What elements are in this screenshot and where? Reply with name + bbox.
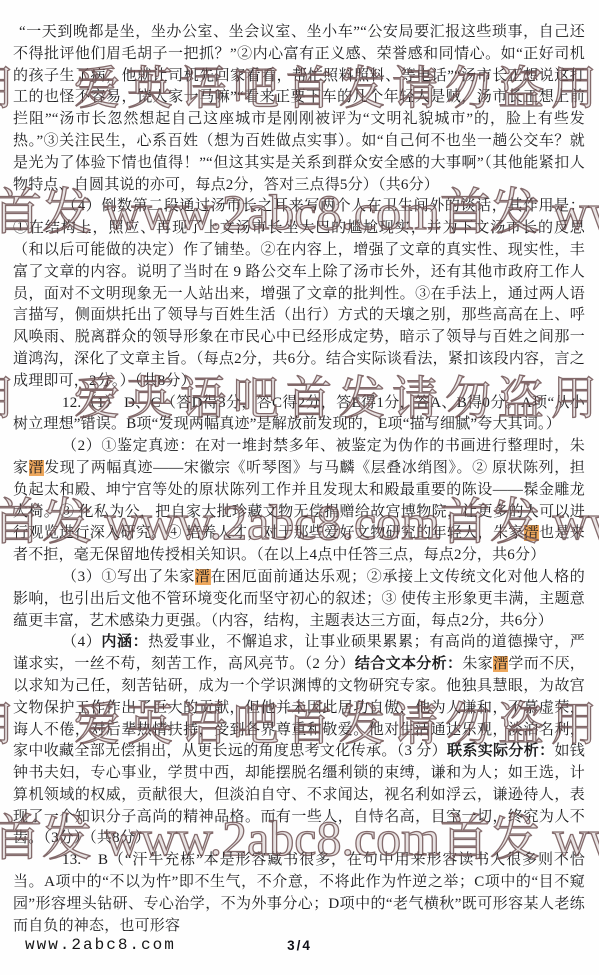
paragraph: （4）内涵：热爱事业，不懈追求，让事业硕果累累；有高尚的道德操守，严谨求实，一丝… (13, 632, 585, 850)
text-segment: （3）①写出了朱家 (62, 569, 195, 585)
text-segment: （4）倒数第二段通过汤市长之耳来写两个人在卫生间外的谈话，其作用是：①在结构上，… (13, 198, 585, 388)
page-number: 3/4 (0, 938, 599, 953)
document-body: “一天到晚都是坐，坐办公室、坐会议室、坐小车”“公安局要汇报这些琐事，自己还不得… (13, 22, 585, 937)
text-segment: 12.（1） D、C（答D得3分，答C得2分，答E得1分，答A、B得0分。A项“… (13, 395, 585, 433)
text-segment: 13. B（“汗牛充栋”本是形容藏书很多，在句中用来形容读书人很多则不恰当。A项… (13, 852, 585, 933)
highlighted-character: 溍 (195, 569, 211, 585)
highlighted-character: 溍 (29, 460, 45, 476)
paragraph: “一天到晚都是坐，坐办公室、坐会议室、坐小车”“公安局要汇报这些琐事，自己还不得… (13, 22, 585, 196)
highlighted-character: 溍 (524, 525, 539, 541)
paragraph: （4）倒数第二段通过汤市长之耳来写两个人在卫生间外的谈话，其作用是：①在结构上，… (13, 196, 585, 392)
scanned-answer-page: “一天到晚都是坐，坐办公室、坐会议室、坐小车”“公安局要汇报这些琐事，自己还不得… (0, 0, 599, 975)
paragraph: 13. B（“汗牛充栋”本是形容藏书很多，在句中用来形容读书人很多则不恰当。A项… (13, 850, 585, 937)
text-segment: 朱家 (462, 656, 493, 672)
text-segment: 联系实际分析： (447, 743, 554, 759)
paragraph: （2）①鉴定真迹：在对一堆封禁多年、被鉴定为伪作的书画进行整理时，朱家溍发现了两… (13, 436, 585, 567)
paragraph: 12.（1） D、C（答D得3分，答C得2分，答E得1分，答A、B得0分。A项“… (13, 393, 585, 437)
text-segment: （4） (62, 634, 101, 650)
text-segment: 发现了两幅真迹——宋徽宗《听琴图》与马麟《层叠冰绡图》。② 原状陈列，担负起太和… (13, 460, 585, 541)
highlighted-character: 溍 (493, 656, 508, 672)
text-segment: 内涵： (101, 634, 148, 650)
paragraph: （3）①写出了朱家溍在困厄面前通达乐观；②承接上文传统文化对他人格的影响，也引出… (13, 567, 585, 632)
text-segment: “一天到晚都是坐，坐办公室、坐会议室、坐小车”“公安局要汇报这些琐事，自己还不得… (13, 24, 585, 193)
text-segment: 结合文本分析： (355, 656, 462, 672)
